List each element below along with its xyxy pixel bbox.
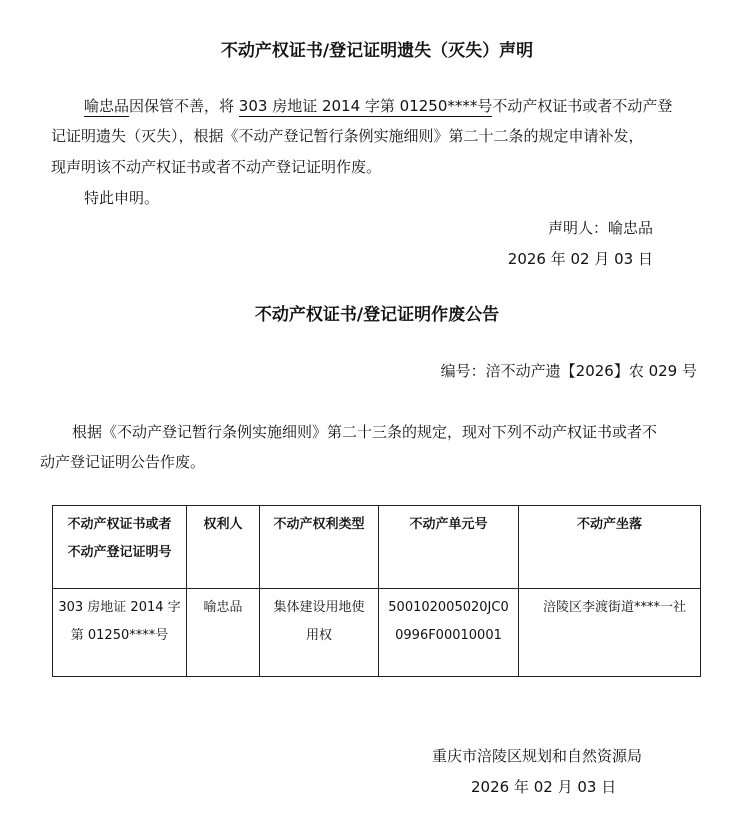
header-text: 不动产登记证明号: [53, 539, 186, 567]
cell-text: 500102005020JC0: [379, 594, 518, 622]
announcement-line-1: 根据《不动产登记暂行条例实施细则》第二十三条的规定，现对下列不动产权证书或者不: [72, 417, 657, 447]
header-text: 不动产权利类型: [260, 511, 378, 539]
cell-right-type: 集体建设用地使 用权: [260, 589, 379, 677]
owner-name: 喻忠品: [84, 97, 129, 117]
header-text: 不动产坐落: [519, 511, 700, 539]
declarant: 声明人：喻忠品: [548, 213, 653, 243]
cell-holder: 喻忠品: [187, 589, 260, 677]
declaration-date: 2026 年 02 月 03 日: [508, 244, 653, 274]
header-cert-number: 不动产权证书或者 不动产登记证明号: [53, 506, 187, 589]
cell-text: 喻忠品: [187, 594, 259, 622]
header-unit-number: 不动产单元号: [379, 506, 519, 589]
declaration-closing: 特此申明。: [84, 183, 159, 213]
announcement-title: 不动产权证书/登记证明作废公告: [0, 300, 754, 325]
declaration-line-3: 现声明该不动产权证书或者不动产登记证明作废。: [51, 152, 381, 182]
cell-text: 集体建设用地使: [260, 594, 378, 622]
cell-text: 用权: [260, 622, 378, 650]
header-text: 不动产权证书或者: [53, 511, 186, 539]
cell-text: 涪陵区李渡街道****一社: [529, 594, 700, 622]
cell-location: 涪陵区李渡街道****一社: [519, 589, 701, 677]
announcement-number: 编号：涪不动产遗【2026】农 029 号: [441, 356, 697, 386]
declaration-text: 因保管不善，将: [129, 97, 239, 115]
announcement-line-2: 动产登记证明公告作废。: [40, 447, 205, 477]
cell-text: 第 01250****号: [53, 622, 186, 650]
cell-text: 0996F00010001: [379, 622, 518, 650]
certificate-number: 303 房地证 2014 字第 01250****号: [239, 97, 493, 117]
declaration-text: 不动产权证书或者不动产登: [492, 97, 672, 115]
header-text: 权利人: [187, 511, 259, 539]
declaration-line-1: 喻忠品因保管不善，将 303 房地证 2014 字第 01250****号不动产…: [84, 91, 672, 121]
table-header-row: 不动产权证书或者 不动产登记证明号 权利人 不动产权利类型 不动产单元号 不动产…: [53, 506, 701, 589]
header-text: 不动产单元号: [379, 511, 518, 539]
header-holder: 权利人: [187, 506, 260, 589]
header-right-type: 不动产权利类型: [260, 506, 379, 589]
announcement-date: 2026 年 02 月 03 日: [471, 772, 616, 802]
declaration-line-2: 记证明遗失（灭失），根据《不动产登记暂行条例实施细则》第二十二条的规定申请补发，: [51, 121, 644, 151]
void-certificates-table: 不动产权证书或者 不动产登记证明号 权利人 不动产权利类型 不动产单元号 不动产…: [52, 505, 701, 677]
header-location: 不动产坐落: [519, 506, 701, 589]
issuer: 重庆市涪陵区规划和自然资源局: [432, 741, 642, 771]
cell-text: 303 房地证 2014 字: [53, 594, 186, 622]
table-row: 303 房地证 2014 字 第 01250****号 喻忠品 集体建设用地使 …: [53, 589, 701, 677]
cell-cert-number: 303 房地证 2014 字 第 01250****号: [53, 589, 187, 677]
cell-unit-number: 500102005020JC0 0996F00010001: [379, 589, 519, 677]
declaration-title: 不动产权证书/登记证明遗失（灭失）声明: [0, 36, 754, 61]
